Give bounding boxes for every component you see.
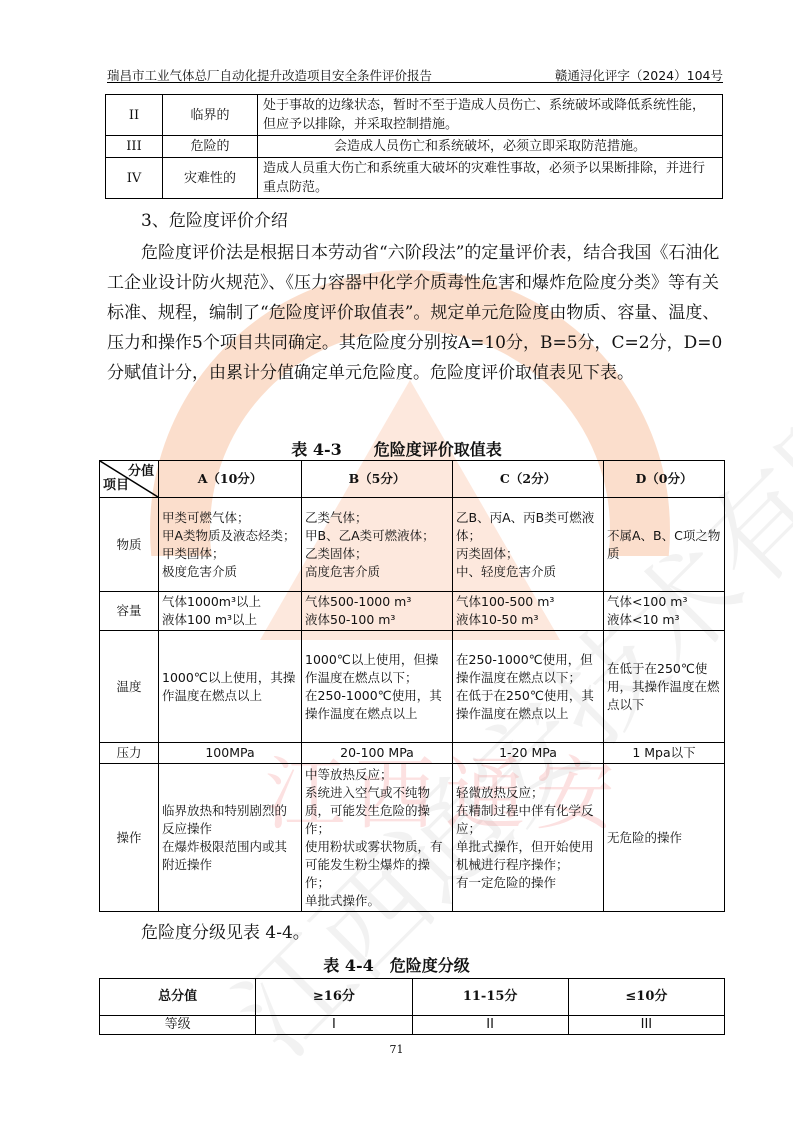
table3-caption: 表 4-3 危险度评价取值表 [0,437,793,460]
cell: 气体100-500 m³ 液体10-50 m³ [453,592,604,631]
section-heading: 3、危险度评价介绍 [107,206,723,236]
cell: 在低于在250℃使用，其操作温度在燃点以下 [604,631,725,743]
note-text: 危险度分级见表 4-4。 [107,918,723,948]
table-row: III 危险的 会造成人员伤亡和系统破坏，必须立即采取防范措施。 [106,136,723,158]
table-row: 温度 1000℃以上使用，其操作温度在燃点以上 1000℃以上使用，但操作温度在… [100,631,725,743]
cell: 临界放热和特别剧烈的反应操作 在爆炸极限范围内或其附近操作 [159,764,302,912]
header-b: B（5分） [302,461,453,498]
table-row: II 临界的 处于事故的边缘状态，暂时不至于造成人员伤亡、系统破坏或降低系统性能… [106,95,723,136]
name-cell: 灾难性的 [163,158,258,199]
cell: 1 Mpa以下 [604,743,725,764]
cell: 在250-1000℃使用，但操作温度在燃点以下； 在低于在250℃使用，其操作温… [453,631,604,743]
cell: 轻微放热反应； 在精制过程中伴有化学反应； 单批式操作，但开始使用机械进行程序操… [453,764,604,912]
cell: 20-100 MPa [302,743,453,764]
table4-caption: 表 4-4 危险度分级 [0,953,793,976]
cell: I [256,1016,412,1035]
header-a: A（10分） [159,461,302,498]
hazard-score-table: 分值 项目 A（10分） B（5分） C（2分） D（0分） 物质 甲类可燃气体… [99,460,725,912]
header-c: C（2分） [453,461,604,498]
cell: 1-20 MPa [453,743,604,764]
item-cell: 操作 [100,764,159,912]
level-cell: II [106,95,163,136]
cell: 100MPa [159,743,302,764]
table-row: IV 灾难性的 造成人员重大伤亡和系统重大破坏的灾难性事故，必须予以果断排除，并… [106,158,723,199]
item-cell: 压力 [100,743,159,764]
cell: II [412,1016,568,1035]
report-number: 赣通浔化评字（2024）104号 [555,66,723,84]
level-cell: IV [106,158,163,199]
severity-table: II 临界的 处于事故的边缘状态，暂时不至于造成人员伤亡、系统破坏或降低系统性能… [105,94,723,199]
item-cell: 温度 [100,631,159,743]
page-number: 71 [0,1043,793,1056]
table-row: 物质 甲类可燃气体； 甲A类物质及液态烃类； 甲类固体； 极度危害介质 乙类气体… [100,498,725,592]
header-d: D（0分） [604,461,725,498]
cell: 气体500-1000 m³ 液体50-100 m³ [302,592,453,631]
cell: 等级 [100,1016,256,1035]
page-header: 瑞昌市工业气体总厂自动化提升改造项目安全条件评价报告 赣通浔化评字（2024）1… [107,66,723,83]
header-cell: 11-15分 [412,979,568,1016]
table-row: 压力 100MPa 20-100 MPa 1-20 MPa 1 Mpa以下 [100,743,725,764]
name-cell: 临界的 [163,95,258,136]
header-cell: 总分值 [100,979,256,1016]
section-paragraph: 危险度评价法是根据日本劳动省“六阶段法”的定量评价表，结合我国《石油化工企业设计… [107,238,723,388]
cell: 中等放热反应； 系统进入空气或不纯物质，可能发生危险的操作； 使用粉状或雾状物质… [302,764,453,912]
cell: 气体<100 m³ 液体<10 m³ [604,592,725,631]
level-cell: III [106,136,163,158]
corner-bottom-label: 项目 [103,477,129,495]
table-header-row: 总分值 ≥16分 11-15分 ≤10分 [100,979,725,1016]
item-cell: 物质 [100,498,159,592]
corner-top-label: 分值 [128,463,154,481]
cell: 1000℃以上使用，但操作温度在燃点以下； 在250-1000℃使用，其操作温度… [302,631,453,743]
desc-cell: 处于事故的边缘状态，暂时不至于造成人员伤亡、系统破坏或降低系统性能，但应予以排除… [258,95,723,136]
cell: 气体1000m³以上 液体100 m³以上 [159,592,302,631]
report-title: 瑞昌市工业气体总厂自动化提升改造项目安全条件评价报告 [107,66,432,84]
table-header-row: 分值 项目 A（10分） B（5分） C（2分） D（0分） [100,461,725,498]
cell: 甲类可燃气体； 甲A类物质及液态烃类； 甲类固体； 极度危害介质 [159,498,302,592]
cell: III [568,1016,724,1035]
cell: 乙类气体； 甲B、乙A类可燃液体； 乙类固体； 高度危害介质 [302,498,453,592]
table-row: 等级 I II III [100,1016,725,1035]
cell: 乙B、丙A、丙B类可燃液体； 丙类固体； 中、轻度危害介质 [453,498,604,592]
desc-cell: 会造成人员伤亡和系统破坏，必须立即采取防范措施。 [258,136,723,158]
header-cell: ≥16分 [256,979,412,1016]
corner-header: 分值 项目 [100,461,159,498]
name-cell: 危险的 [163,136,258,158]
section-heading-text: 3、危险度评价介绍 [107,211,288,231]
table-row: 操作 临界放热和特别剧烈的反应操作 在爆炸极限范围内或其附近操作 中等放热反应；… [100,764,725,912]
cell: 1000℃以上使用，其操作温度在燃点以上 [159,631,302,743]
item-cell: 容量 [100,592,159,631]
table-row: 容量 气体1000m³以上 液体100 m³以上 气体500-1000 m³ 液… [100,592,725,631]
cell: 不属A、B、C项之物质 [604,498,725,592]
cell: 无危险的操作 [604,764,725,912]
desc-cell: 造成人员重大伤亡和系统重大破坏的灾难性事故，必须予以果断排除，并进行重点防范。 [258,158,723,199]
hazard-grade-table: 总分值 ≥16分 11-15分 ≤10分 等级 I II III [99,978,725,1035]
header-cell: ≤10分 [568,979,724,1016]
